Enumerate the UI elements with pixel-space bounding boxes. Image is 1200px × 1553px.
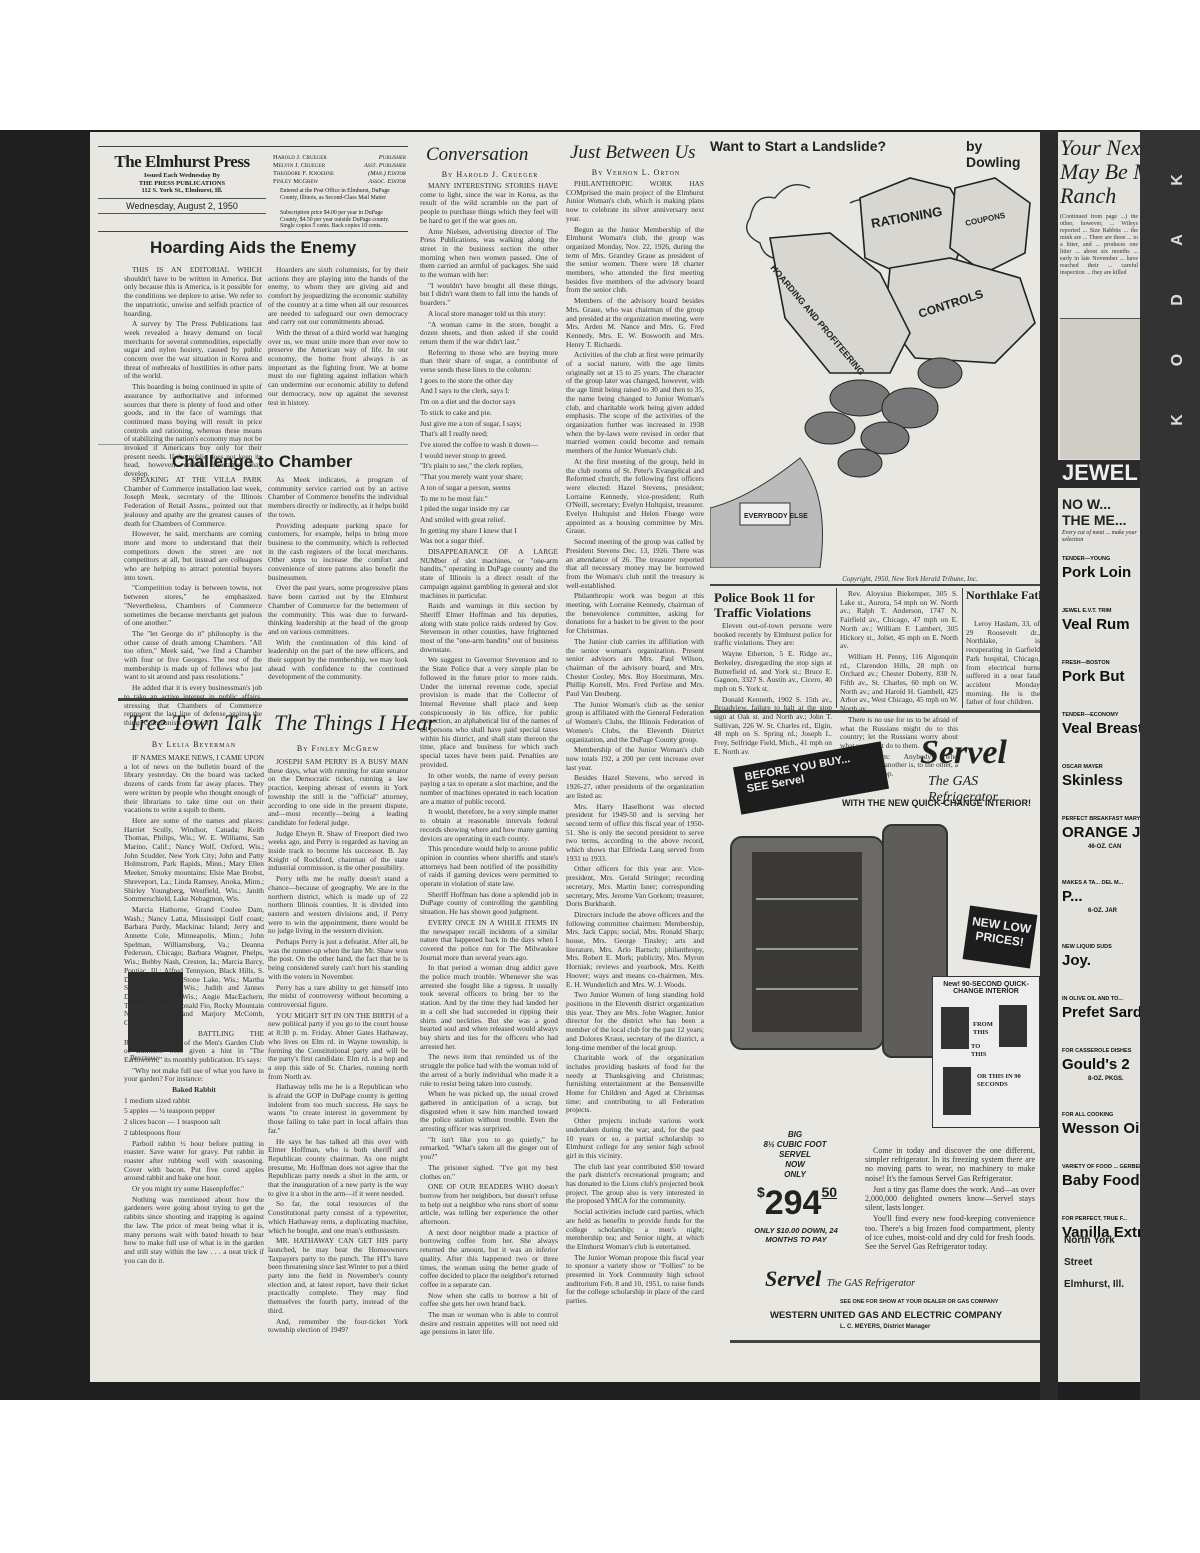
jewel-item-label: FRESH—BOSTON bbox=[1062, 660, 1110, 666]
masthead-subscription: Subscription price $4.00 per year in DuP… bbox=[280, 210, 402, 230]
conversation-paragraph: This procedure would help to arouse publ… bbox=[420, 845, 558, 889]
police-paragraph: Rev. Aloysius Biekemper, 305 S. Lake st.… bbox=[840, 590, 958, 651]
servel-body-paragraph: You'll find every new food-keeping conve… bbox=[865, 1214, 1035, 1251]
conversation-paragraph: "I wouldn't have bought all these things… bbox=[420, 282, 558, 308]
chamber-paragraph: Providing adequate parking space for cus… bbox=[268, 522, 408, 583]
things-paragraph: Perhaps Perry is just a defeatist. After… bbox=[268, 938, 408, 982]
newspaper-page: The Elmhurst Press Issued Each Wednesday… bbox=[90, 132, 1040, 1382]
jewel-footer-line: North York bbox=[1064, 1230, 1140, 1252]
chamber-paragraph: The "let George do it" philosophy is the… bbox=[124, 630, 262, 682]
landslide-cartoon: RATIONING COUPONS CONTROLS HOARDING AND … bbox=[710, 158, 1040, 568]
jewel-item-name: Joy. bbox=[1062, 952, 1091, 969]
footer-brand-name: Servel bbox=[765, 1266, 821, 1291]
jewel-footer-line: Elmhurst, Ill. bbox=[1064, 1274, 1140, 1296]
masthead: The Elmhurst Press Issued Each Wednesday… bbox=[98, 152, 266, 228]
jewel-footer: North YorkStreetElmhurst, Ill. bbox=[1064, 1230, 1140, 1296]
just-between-paragraph: PHILANTHROPIC WORK HAS COMprised the mai… bbox=[566, 180, 704, 224]
jewel-item-name: ORANGE JUICE bbox=[1062, 824, 1140, 841]
hoarding-paragraph: THIS IS AN EDITORIAL WHICH shouldn't hav… bbox=[124, 266, 262, 318]
size-line-text: SERVEL bbox=[740, 1150, 850, 1160]
jewel-ad: JEWEL NO W... THE ME... Every cut of mea… bbox=[1058, 460, 1140, 1340]
conversation-paragraph: Raids and warnings in this section by Sh… bbox=[420, 602, 558, 654]
poem-line: To stick to cake and pie. bbox=[420, 409, 558, 418]
staff-role: Assoc. Editor bbox=[368, 178, 406, 186]
tree-town-paragraph: Nothing was mentioned about how the gard… bbox=[124, 1196, 264, 1266]
tree-town-paragraph: Marcia Hathorne, Grand Coulee Dam, Wash.… bbox=[124, 906, 264, 1028]
tree-town-byline: By Lelia Beyerman bbox=[124, 740, 264, 749]
masthead-issued: Issued Each Wednesday By bbox=[98, 172, 266, 180]
things-paragraph: Judge Elwyn R. Shaw of Freeport died two… bbox=[268, 830, 408, 874]
new-low-prices-badge: NEW LOW PRICES! bbox=[963, 906, 1038, 969]
conversation-paragraph: In that period a woman drug addict gave … bbox=[420, 964, 558, 1051]
jewel-footer-line: Street bbox=[1064, 1252, 1140, 1274]
hoarding-col-2: Hoarders are sixth columnists, for by th… bbox=[268, 266, 408, 409]
jewel-item-label: FOR PERFECT, TRUE F... bbox=[1062, 1216, 1127, 1222]
servel-body-paragraph: Come in today and discover the one diffe… bbox=[865, 1146, 1035, 1183]
just-between-paragraph: Begun as the Junior Membership of the El… bbox=[566, 226, 704, 296]
servel-ad: BEFORE YOU BUY... SEE Servel Servel The … bbox=[710, 714, 1040, 1354]
page-gutter bbox=[1040, 130, 1058, 1400]
just-between-paragraph: Philanthropic work was begun at this mee… bbox=[566, 592, 704, 636]
chamber-paragraph: However, he said, merchants are coming m… bbox=[124, 530, 262, 582]
jewel-item-label: NEW LIQUID SUDS bbox=[1062, 944, 1112, 950]
refrigerator-illustration bbox=[730, 836, 884, 1050]
jewel-item-size: 6-OZ. JAR bbox=[1088, 908, 1117, 914]
tree-town-paragraph: Or you might try some Hasenpfeffer." bbox=[124, 1185, 264, 1194]
things-paragraph: MR. HATHAWAY CAN GET HIS party launched,… bbox=[268, 1237, 408, 1315]
conversation-paragraph: Now when she calls to borrow a bit of co… bbox=[420, 1292, 558, 1309]
hoarding-col-1: THIS IS AN EDITORIAL WHICH shouldn't hav… bbox=[124, 266, 262, 481]
jewel-item-label: VARIETY OF FOOD ... GERBER'S STRAINED bbox=[1062, 1164, 1140, 1170]
adjacent-headline: Your Next Coat May Be Mink Ranch bbox=[1060, 136, 1140, 208]
price-cents: 50 bbox=[821, 1184, 837, 1200]
just-between-byline: By Vernon L. Orton bbox=[566, 168, 706, 177]
cartoon-copyright: Copyright, 1950, New York Herald Tribune… bbox=[810, 575, 1010, 584]
jewel-item-name: Prefet Sard bbox=[1062, 1004, 1140, 1021]
size-line-text: BIG bbox=[740, 1130, 850, 1140]
jewel-item-size: 8-OZ. PKGS. bbox=[1088, 1076, 1124, 1082]
staff-name: Theodore F. Knoehne bbox=[273, 170, 334, 178]
size-line-text: ONLY bbox=[740, 1170, 850, 1180]
just-between-paragraph: Membership of the Junior Woman's club no… bbox=[566, 746, 704, 772]
conversation-paragraph: The prisoner sighed. "I've got my best c… bbox=[420, 1164, 558, 1181]
chamber-paragraph: As Meek indicates, a program of communit… bbox=[268, 476, 408, 520]
northlake-paragraph: Leroy Haslam, 33, of 29 Roosevelt dr., N… bbox=[966, 620, 1040, 707]
hoarding-paragraph: A survey by The Press Publications last … bbox=[124, 320, 262, 381]
jewel-item-name: Gould's 2 bbox=[1062, 1056, 1130, 1073]
footer-brand-tagline: The GAS Refrigerator bbox=[827, 1278, 915, 1289]
jewel-item-size: 46-OZ. CAN bbox=[1088, 844, 1121, 850]
northlake-col: Leroy Haslam, 33, of 29 Roosevelt dr., N… bbox=[966, 620, 1040, 710]
chamber-col-2: As Meek indicates, a program of communit… bbox=[268, 476, 408, 684]
chamber-headline: Challenge to Chamber bbox=[172, 452, 352, 472]
masthead-address: 112 S. York St., Elmhurst, Ill. bbox=[98, 187, 266, 195]
recipe-title: Baked Rabbit bbox=[124, 1086, 264, 1095]
poem-line: I've stored the coffee to wash it down— bbox=[420, 441, 558, 450]
poem-line: A ton of sugar a person, seems bbox=[420, 484, 558, 493]
conversation-paragraph: A local store manager told us this story… bbox=[420, 310, 558, 319]
things-headline: The Things I Hear bbox=[274, 710, 436, 736]
jewel-item-label: TENDER—YOUNG bbox=[1062, 556, 1110, 562]
things-paragraph: Perry tells me he really doesn't stand a… bbox=[268, 875, 408, 936]
just-between-paragraph: The Junior club carries its affiliation … bbox=[566, 638, 704, 699]
just-between-paragraph: Social activities include card parties, … bbox=[566, 1208, 704, 1252]
tree-town-col: IF NAMES MAKE NEWS, I CAME UPON a lot of… bbox=[124, 754, 264, 1267]
just-between-paragraph: Charitable work of the organization incl… bbox=[566, 1054, 704, 1115]
staff-row: Theodore F. Knoehne(Man.) Editor bbox=[273, 170, 406, 178]
chamber-col-1: SPEAKING AT THE VILLA PARK Chamber of Co… bbox=[124, 476, 262, 730]
chamber-paragraph: With the continuation of this kind of le… bbox=[268, 639, 408, 683]
jewel-item-name: Veal Breast Pocket bbox=[1062, 720, 1140, 737]
servel-terms: ONLY $10.00 DOWN, 24 MONTHS TO PAY bbox=[740, 1226, 852, 1244]
conversation-paragraph: The news item that reminded us of the st… bbox=[420, 1053, 558, 1088]
masthead-publisher-org: THE PRESS PUBLICATIONS bbox=[98, 180, 266, 188]
jewel-item-label: PERFECT BREAKFAST MARY DU... bbox=[1062, 816, 1140, 822]
conversation-paragraph: ONE OF OUR READERS WHO doesn't borrow fr… bbox=[420, 1183, 558, 1227]
tree-town-paragraph: Here are some of the names and places: H… bbox=[124, 817, 264, 904]
tree-town-paragraph: "Why not make full use of what you have … bbox=[124, 1067, 264, 1084]
price-dollars: 294 bbox=[765, 1184, 822, 1222]
size-line-text: NOW bbox=[740, 1160, 850, 1170]
poem-line: And I says to the clerk, says I: bbox=[420, 387, 558, 396]
hoarding-paragraph: Hoarders are sixth columnists, for by th… bbox=[268, 266, 408, 327]
staff-row: Finley McGrewAssoc. Editor bbox=[273, 178, 406, 186]
recipe-line: 5 apples — ¼ teaspoon pepper bbox=[124, 1107, 264, 1116]
inset-label-from: FROM THIS bbox=[973, 1021, 997, 1036]
just-between-paragraph: Two Junior Women of long standing hold p… bbox=[566, 991, 704, 1052]
poem-line: I goes to the store the other day bbox=[420, 377, 558, 386]
police-paragraph: William H. Penny, 116 Algonquin rd., Cla… bbox=[840, 653, 958, 714]
jewel-brand: JEWEL bbox=[1058, 460, 1140, 488]
poem-line: I piled the sugar inside my car bbox=[420, 505, 558, 514]
just-between-paragraph: Activities of the club at first were pri… bbox=[566, 351, 704, 455]
masthead-date: Wednesday, August 2, 1950 bbox=[98, 198, 266, 211]
staff-row: Harold J. CruegerPublisher bbox=[273, 154, 406, 162]
just-between-paragraph: Besides Hazel Stevens, who served in 192… bbox=[566, 774, 704, 800]
conversation-paragraph: Sheriff Hoffman has done a splendid job … bbox=[420, 891, 558, 917]
just-between-paragraph: The Junior Woman's club as the senior gr… bbox=[566, 701, 704, 745]
tree-town-paragraph: Parboil rabbit ½ hour before putting in … bbox=[124, 1140, 264, 1184]
conversation-col: MANY INTERESTING STORIES HAVE come to li… bbox=[420, 182, 558, 1339]
svg-text:EVERYBODY ELSE: EVERYBODY ELSE bbox=[744, 513, 808, 520]
servel-subhead: WITH THE NEW QUICK-CHANGE INTERIOR! bbox=[842, 798, 1031, 808]
poem-line: "It's plain to see," the clerk replies, bbox=[420, 462, 558, 471]
masthead-title: The Elmhurst Press bbox=[98, 152, 266, 172]
jewel-item-label: IN OLIVE OIL AND TO... bbox=[1062, 996, 1123, 1002]
staff-name: Melvin J. Crueger bbox=[273, 162, 325, 170]
jewel-item-label: JEWEL E.V.T. TRIM bbox=[1062, 608, 1112, 614]
just-between-paragraph: The Junior Woman propose this fiscal yea… bbox=[566, 1254, 704, 1306]
jewel-item-name: Veal Rum bbox=[1062, 616, 1130, 633]
servel-company: WESTERN UNITED GAS AND ELECTRIC COMPANY bbox=[770, 1310, 1002, 1321]
things-paragraph: So far, the total resources of the Const… bbox=[268, 1200, 408, 1235]
jewel-item-label: MAKES A TA... DEL M... bbox=[1062, 880, 1123, 886]
conversation-paragraph: It would, therefore, be a very simple ma… bbox=[420, 808, 558, 843]
jewel-item-name: P... bbox=[1062, 888, 1083, 905]
conversation-paragraph: Referring to those who are buying more t… bbox=[420, 349, 558, 375]
things-paragraph: Hathaway tells me he is a Republican who… bbox=[268, 1083, 408, 1135]
adjacent-illustration bbox=[1060, 318, 1140, 459]
conversation-paragraph: In other words, the name of every person… bbox=[420, 772, 558, 807]
chamber-paragraph: Over the past years, some progressive pl… bbox=[268, 584, 408, 636]
poem-line: In getting my share I knew that I bbox=[420, 527, 558, 536]
inset-title: New! 90-SECOND QUICK-CHANGE INTERIOR bbox=[933, 977, 1039, 999]
staff-role: (Man.) Editor bbox=[368, 170, 406, 178]
servel-body-paragraph: Just a tiny gas flame does the work. And… bbox=[865, 1185, 1035, 1213]
masthead-entry-note: Entered at the Post Office in Elmhurst, … bbox=[280, 188, 402, 201]
police-headline: Police Book 11 for Traffic Violations bbox=[714, 590, 834, 620]
tree-town-headline: Tree Town Talk bbox=[128, 710, 261, 736]
size-line: BIG8½ CUBIC FOOTSERVELNOWONLY bbox=[740, 1130, 850, 1180]
things-paragraph: Perry has a rare ability to get himself … bbox=[268, 984, 408, 1010]
staff-role: Asst. Publisher bbox=[364, 162, 406, 170]
just-between-paragraph: Mrs. Harry Haselhorst was elected presid… bbox=[566, 803, 704, 864]
chamber-paragraph: SPEAKING AT THE VILLA PARK Chamber of Co… bbox=[124, 476, 262, 528]
masthead-staff: Harold J. CruegerPublisherMelvin J. Crue… bbox=[273, 154, 406, 186]
conversation-byline: By Harold J. Crueger bbox=[420, 170, 560, 179]
jewel-item-name: Baby Food bbox=[1062, 1172, 1140, 1189]
jewel-item-label: FOR ALL COOKING bbox=[1062, 1112, 1113, 1118]
police-paragraph: Wayne Etherton, 5 E. Ridge av., Berkeley… bbox=[714, 650, 832, 694]
conversation-paragraph: "It isn't like you to go quietly," he re… bbox=[420, 1136, 558, 1162]
police-paragraph: Eleven out-of-town persons were booked r… bbox=[714, 622, 832, 648]
staff-name: Finley McGrew bbox=[273, 178, 318, 186]
jewel-item-name: Skinless bbox=[1062, 772, 1123, 789]
servel-brand: Servel bbox=[920, 734, 1007, 772]
hoarding-headline: Hoarding Aids the Enemy bbox=[150, 238, 356, 258]
jewel-item-name: Wesson Oil bbox=[1062, 1120, 1140, 1137]
servel-manager: L. C. MEYERS, District Manager bbox=[840, 1324, 930, 1330]
conversation-paragraph: DISAPPEARANCE OF A LARGE NUMber of slot … bbox=[420, 548, 558, 600]
things-paragraph: JOSEPH SAM PERRY IS A BUSY MAN these day… bbox=[268, 758, 408, 828]
staff-name: Harold J. Crueger bbox=[273, 154, 327, 162]
conversation-paragraph: EVERY ONCE IN A WHILE ITEMS IN the newsp… bbox=[420, 919, 558, 963]
things-paragraph: He says he has talked all this over with… bbox=[268, 1138, 408, 1199]
jewel-item-label: FOR CASSEROLE DISHES bbox=[1062, 1048, 1131, 1054]
servel-price: $29450 bbox=[742, 1184, 852, 1223]
conversation-paragraph: When he was picked up, the usual crowd g… bbox=[420, 1090, 558, 1134]
recipe-line: 1 medium sized rabbit bbox=[124, 1097, 264, 1106]
jewel-item-name: Pork Loin bbox=[1062, 564, 1131, 581]
jewel-item-label: OSCAR MAYER bbox=[1062, 764, 1103, 770]
jewel-intro: Every cut of meat ... make your selectio… bbox=[1062, 530, 1138, 544]
adjacent-page: Your Next Coat May Be Mink Ranch (Contin… bbox=[1058, 132, 1140, 1382]
staff-row: Melvin J. CruegerAsst. Publisher bbox=[273, 162, 406, 170]
just-between-paragraph: Other projects include various work unde… bbox=[566, 1117, 704, 1161]
things-col: JOSEPH SAM PERRY IS A BUSY MAN these day… bbox=[268, 758, 408, 1337]
servel-body: Come in today and discover the one diffe… bbox=[865, 1146, 1035, 1253]
servel-footer-note: SEE ONE FOR SHOW AT YOUR DEALER OR GAS C… bbox=[840, 1299, 998, 1305]
conversation-paragraph: Arne Nielsen, advertising director of Th… bbox=[420, 228, 558, 280]
just-between-headline: Just Between Us bbox=[570, 142, 696, 164]
servel-footer-brand: Servel The GAS Refrigerator bbox=[765, 1266, 915, 1292]
just-between-paragraph: The club last year contributed $50 towar… bbox=[566, 1163, 704, 1207]
poem-line: Just give me a ton of sugar, I says; bbox=[420, 420, 558, 429]
jewel-item-name: Pork But bbox=[1062, 668, 1125, 685]
inset-label-to: TO THIS bbox=[971, 1043, 995, 1058]
things-paragraph: And, remember the four-ticket York towns… bbox=[268, 1318, 408, 1335]
tree-town-paragraph: FRANTICALLY BATTLING THE RABbits, member… bbox=[124, 1030, 264, 1065]
conversation-paragraph: A next door neighbor made a practice of … bbox=[420, 1229, 558, 1290]
size-line-text: 8½ CUBIC FOOT bbox=[740, 1140, 850, 1150]
recipe-line: 2 tablespoons flour bbox=[124, 1129, 264, 1138]
tree-town-paragraph: IF NAMES MAKE NEWS, I CAME UPON a lot of… bbox=[124, 754, 264, 815]
conversation-paragraph: MANY INTERESTING STORIES HAVE come to li… bbox=[420, 182, 558, 226]
things-byline: By Finley McGrew bbox=[268, 744, 408, 753]
just-between-paragraph: At the first meeting of the group, held … bbox=[566, 458, 704, 536]
hoarding-paragraph: With the threat of a third world war han… bbox=[268, 329, 408, 407]
poem-line: I would never stoop to greed. bbox=[420, 452, 558, 461]
recipe-line: 2 slices bacon — 1 teaspoon salt bbox=[124, 1118, 264, 1127]
jewel-item-label: TENDER—ECONOMY bbox=[1062, 712, 1119, 718]
poem-line: "That you merely want your share; bbox=[420, 473, 558, 482]
poem-line: That's all I really need; bbox=[420, 430, 558, 439]
chamber-paragraph: "Competition today is between towns, not… bbox=[124, 584, 262, 628]
staff-role: Publisher bbox=[379, 154, 406, 162]
inset-label-or: OR THIS IN 90 SECONDS bbox=[977, 1073, 1035, 1088]
conversation-headline: Conversation bbox=[426, 144, 528, 166]
poem-line: I'm on a diet and the doctor says bbox=[420, 398, 558, 407]
just-between-col: PHILANTHROPIC WORK HAS COMprised the mai… bbox=[566, 180, 704, 1308]
things-paragraph: YOU MIGHT SIT IN ON THE BIRTH of a new p… bbox=[268, 1012, 408, 1082]
just-between-paragraph: Directors include the above officers and… bbox=[566, 911, 704, 989]
poem-line: To me to be most fair." bbox=[420, 495, 558, 504]
just-between-paragraph: Second meeting of the group was called b… bbox=[566, 538, 704, 590]
northlake-headline: Northlake Father of Four Escapes Death bbox=[966, 588, 1040, 602]
conversation-paragraph: We suggest to Governor Stevenson and to … bbox=[420, 656, 558, 769]
just-between-paragraph: Other officers for this year are: Vice-p… bbox=[566, 865, 704, 909]
conversation-paragraph: The man or woman who is able to control … bbox=[420, 1311, 558, 1337]
just-between-paragraph: Members of the advisory board besides Mr… bbox=[566, 297, 704, 349]
adjacent-snippet: (Continued from page ...) the other, how… bbox=[1060, 214, 1138, 314]
cartoon-title: Want to Start a Landslide? bbox=[710, 138, 886, 154]
quick-change-inset: New! 90-SECOND QUICK-CHANGE INTERIOR FRO… bbox=[932, 976, 1040, 1128]
conversation-paragraph: "A woman came in the store, bought a doz… bbox=[420, 321, 558, 347]
poem-line: Was not a sugar thief. bbox=[420, 537, 558, 546]
film-edge-text: KADOK bbox=[1168, 150, 1188, 450]
jewel-headline: NO W... THE ME... bbox=[1062, 496, 1138, 528]
poem-line: And smiled with great relief. bbox=[420, 516, 558, 525]
